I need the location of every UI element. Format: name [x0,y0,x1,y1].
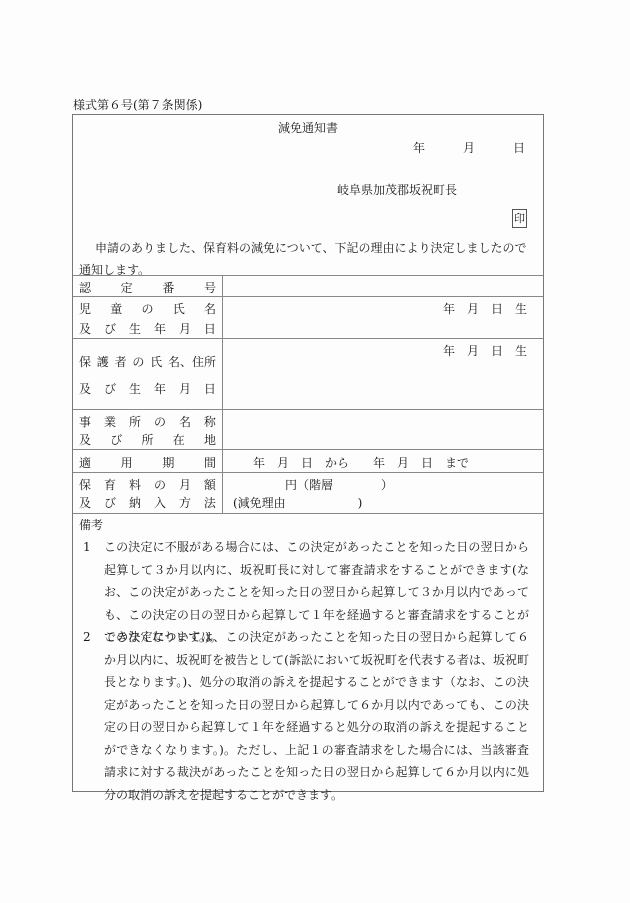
issuer-name: 岐阜県加茂郡坂祝町長 [337,181,457,198]
form-number-label: 様式第６号(第７条関係) [73,96,202,113]
notice-form: 減免通知書 年月日 岐阜県加茂郡坂祝町長 印 申請のありました、保育料の減免につ… [72,114,544,792]
row-child-name: 児童の氏名 及び生年月日 年 月 日 生 [73,296,543,339]
birth-date-label: 年 月 日 生 [443,300,527,317]
value-workplace[interactable] [223,410,543,450]
month-label: 月 [463,139,475,156]
row-workplace: 事業所の名称 及び所在地 [73,409,543,450]
remark-note-2: 2 この決定については、この決定があったことを知った日の翌日から起算して６か月以… [79,626,529,806]
issue-date: 年月日 [413,139,525,156]
reduction-reason-text: (減免理由 ) [233,494,362,511]
label-application-period: 適用期間 [73,450,223,473]
guardian-birth-date-label: 年 月 日 生 [443,342,527,359]
value-certification-number[interactable] [223,276,543,297]
label-monthly-fee: 保育料の月額 及び納入方法 [73,473,223,514]
label-workplace: 事業所の名称 及び所在地 [73,410,223,450]
label-child-name: 児童の氏名 及び生年月日 [73,297,223,339]
row-certification-number: 認定番号 [73,275,543,297]
label-certification-number: 認定番号 [73,276,223,297]
period-text: 年 月 日 から 年 月 日 まで [253,454,469,471]
row-guardian-name-address: 保護者の氏名、住所 及び生年月日 年 月 日 生 [73,338,543,410]
row-monthly-fee: 保育料の月額 及び納入方法 円（階層 ） (減免理由 ) [73,472,543,514]
label-guardian: 保護者の氏名、住所 及び生年月日 [73,339,223,410]
document-title: 減免通知書 [73,119,543,136]
seal-mark: 印 [512,209,527,228]
value-application-period[interactable]: 年 月 日 から 年 月 日 まで [223,450,543,473]
remarks-title: 備考 [79,516,103,533]
fee-amount-text: 円（階層 ） [285,476,393,493]
value-child-name[interactable]: 年 月 日 生 [223,297,543,339]
day-label: 日 [513,139,525,156]
value-guardian[interactable]: 年 月 日 生 [223,339,543,410]
value-monthly-fee[interactable]: 円（階層 ） (減免理由 ) [223,473,543,514]
year-label: 年 [413,139,425,156]
row-application-period: 適用期間 年 月 日 から 年 月 日 まで [73,449,543,473]
remarks-section: 備考 1 この決定に不服がある場合には、この決定があったことを知った日の翌日から… [73,513,543,791]
